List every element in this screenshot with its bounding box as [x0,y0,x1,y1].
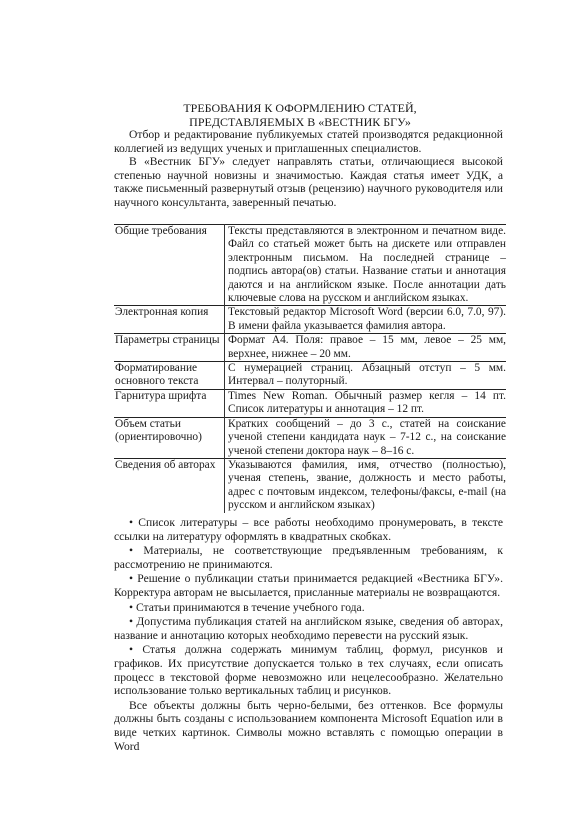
table-row: Объем статьи (ориентировочно) Кратких со… [114,417,506,458]
table-row: Форматирование основного текста С нумера… [114,362,506,390]
intro-paragraph: В «Вестник БГУ» следует направлять стать… [114,155,503,209]
requirement-key: Параметры страницы [114,334,225,362]
requirement-key: Гарнитура шрифта [114,389,225,417]
requirement-value: Указываются фамилия, имя, отчество (полн… [225,458,507,512]
list-item: Все объекты должны быть черно-белыми, бе… [114,699,503,753]
requirement-key: Объем статьи (ориентировочно) [114,417,225,458]
requirement-value: Times New Roman. Обычный размер кегля – … [225,389,507,417]
requirement-key: Сведения об авторах [114,458,225,512]
table-row: Параметры страницы Формат А4. Поля: прав… [114,334,506,362]
table-row: Гарнитура шрифта Times New Roman. Обычны… [114,389,506,417]
intro-section: Отбор и редактирование публикуемых стате… [114,128,503,210]
list-item: • Допустима публикация статей на английс… [114,615,503,642]
list-item: • Список литературы – все работы необход… [114,516,503,543]
table-row: Сведения об авторах Указываются фамилия,… [114,458,506,512]
intro-paragraph: Отбор и редактирование публикуемых стате… [114,128,503,155]
document-title: ТРЕБОВАНИЯ К ОФОРМЛЕНИЮ СТАТЕЙ, ПРЕДСТАВ… [100,101,500,129]
requirement-key: Форматирование основного текста [114,362,225,390]
table-row: Общие требования Тексты представляются в… [114,225,506,306]
requirement-key: Электронная копия [114,306,225,334]
rules-list: • Список литературы – все работы необход… [114,516,503,753]
table-row: Электронная копия Текстовый редактор Mic… [114,306,506,334]
title-line-2: ПРЕДСТАВЛЯЕМЫХ В «ВЕСТНИК БГУ» [100,115,500,129]
requirement-value: С нумерацией страниц. Абзацный отступ – … [225,362,507,390]
requirement-value: Формат А4. Поля: правое – 15 мм, левое –… [225,334,507,362]
list-item: • Материалы, не соответствующие предъявл… [114,544,503,571]
requirement-key: Общие требования [114,225,225,306]
requirements-table: Общие требования Тексты представляются в… [114,224,506,513]
requirement-value: Текстовый редактор Microsoft Word (верси… [225,306,507,334]
title-line-1: ТРЕБОВАНИЯ К ОФОРМЛЕНИЮ СТАТЕЙ, [100,101,500,115]
document-page: ТРЕБОВАНИЯ К ОФОРМЛЕНИЮ СТАТЕЙ, ПРЕДСТАВ… [0,0,580,820]
list-item: • Статья должна содержать минимум таблиц… [114,643,503,697]
list-item: • Решение о публикации статьи принимаетс… [114,572,503,599]
requirement-value: Тексты представляются в электронном и пе… [225,225,507,306]
requirement-value: Кратких сообщений – до 3 с., статей на с… [225,417,507,458]
list-item: • Статьи принимаются в течение учебного … [114,601,503,615]
